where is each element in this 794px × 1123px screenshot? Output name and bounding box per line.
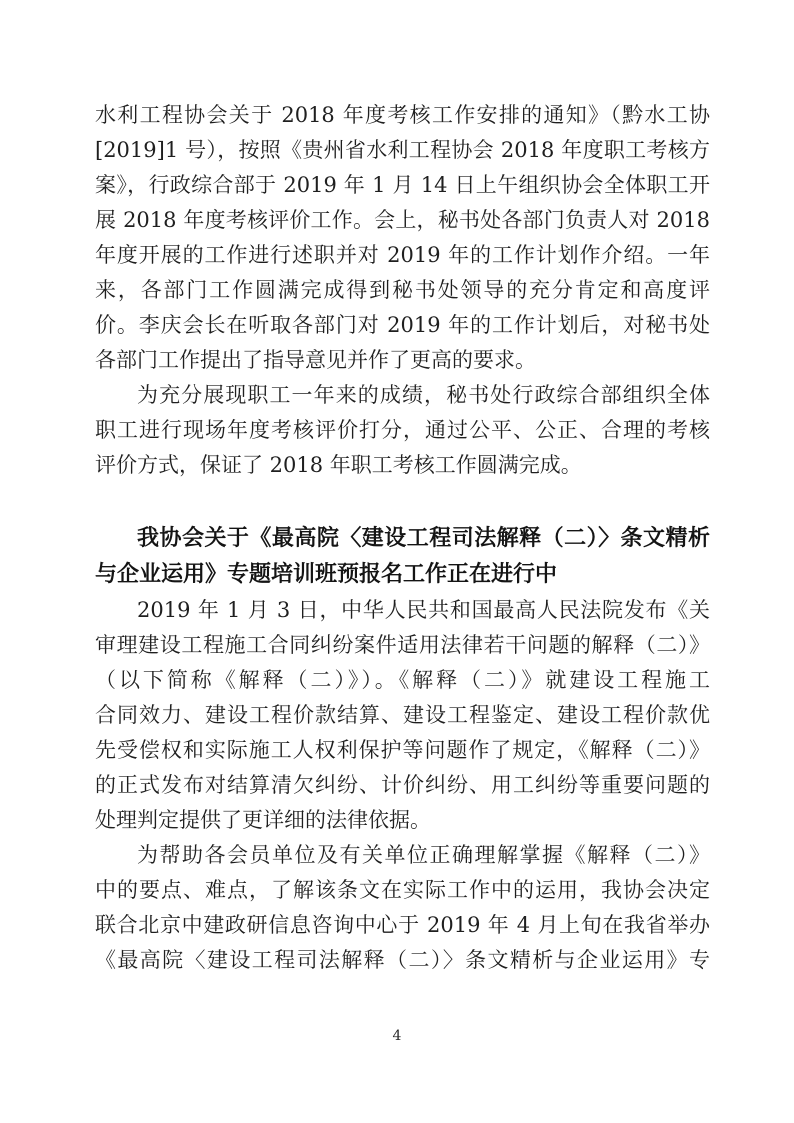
page-number: 4 [0, 1026, 794, 1046]
text-line: 评价方式，保证了 2018 年职工考核工作圆满完成。 [95, 448, 710, 483]
text-line: 来，各部门工作圆满完成得到秘书处领导的充分肯定和高度评 [95, 273, 710, 308]
text-line: 各部门工作提出了指导意见并作了更高的要求。 [95, 343, 710, 378]
text-line: 审理建设工程施工合同纠纷案件适用法律若干问题的解释（二）》 [95, 628, 710, 663]
text-line: 与企业运用》专题培训班预报名工作正在进行中 [95, 556, 710, 592]
text-line: 我协会关于《最高院〈建设工程司法解释（二）〉条文精析 [95, 520, 710, 556]
text-line: （以下简称《解释（二）》）。《解释（二）》就建设工程施工 [95, 663, 710, 698]
paragraph-onsite-scoring: 为充分展现职工一年来的成绩，秘书处行政综合部组织全体职工进行现场年度考核评价打分… [95, 378, 710, 483]
text-line: 合同效力、建设工程价款结算、建设工程鉴定、建设工程价款优 [95, 698, 710, 733]
text-line: 联合北京中建政研信息咨询中心于 2019 年 4 月上旬在我省举办 [95, 908, 710, 943]
text-line: 案》，行政综合部于 2019 年 1 月 14 日上午组织协会全体职工开 [95, 168, 710, 203]
text-line: 年度开展的工作进行述职并对 2019 年的工作计划作介绍。一年 [95, 238, 710, 273]
text-line: 为充分展现职工一年来的成绩，秘书处行政综合部组织全体 [95, 378, 710, 413]
text-line: 先受偿权和实际施工人权利保护等问题作了规定，《解释（二）》 [95, 733, 710, 768]
paragraph-annual-assessment-continued: 水利工程协会关于 2018 年度考核工作安排的通知》（黔水工协[2019]1 号… [95, 98, 710, 378]
document-body: 水利工程协会关于 2018 年度考核工作安排的通知》（黔水工协[2019]1 号… [95, 98, 710, 978]
text-line: 中的要点、难点，了解该条文在实际工作中的运用，我协会决定 [95, 873, 710, 908]
paragraph-judicial-interpretation: 2019 年 1 月 3 日，中华人民共和国最高人民法院发布《关于审理建设工程施… [95, 593, 710, 838]
text-line: 展 2018 年度考核评价工作。会上，秘书处各部门负责人对 2018 [95, 203, 710, 238]
text-line: 《最高院〈建设工程司法解释（二）〉条文精析与企业运用》专 [95, 943, 710, 978]
text-line: 水利工程协会关于 2018 年度考核工作安排的通知》（黔水工协 [95, 98, 710, 133]
text-line: 处理判定提供了更详细的法律依据。 [95, 803, 710, 838]
text-line: 的正式发布对结算清欠纠纷、计价纠纷、用工纠纷等重要问题的 [95, 768, 710, 803]
text-line: [2019]1 号），按照《贵州省水利工程协会 2018 年度职工考核方 [95, 133, 710, 168]
document-page: 水利工程协会关于 2018 年度考核工作安排的通知》（黔水工协[2019]1 号… [0, 0, 794, 1123]
text-line: 价。李庆会长在听取各部门对 2019 年的工作计划后，对秘书处 [95, 308, 710, 343]
paragraph-training-plan: 为帮助各会员单位及有关单位正确理解掌握《解释（二）》中的要点、难点，了解该条文在… [95, 838, 710, 978]
text-line: 2019 年 1 月 3 日，中华人民共和国最高人民法院发布《关于 [95, 593, 710, 628]
heading-training-preregistration: 我协会关于《最高院〈建设工程司法解释（二）〉条文精析与企业运用》专题培训班预报名… [95, 520, 710, 592]
text-line: 为帮助各会员单位及有关单位正确理解掌握《解释（二）》 [95, 838, 710, 873]
text-line: 职工进行现场年度考核评价打分，通过公平、公正、合理的考核 [95, 413, 710, 448]
